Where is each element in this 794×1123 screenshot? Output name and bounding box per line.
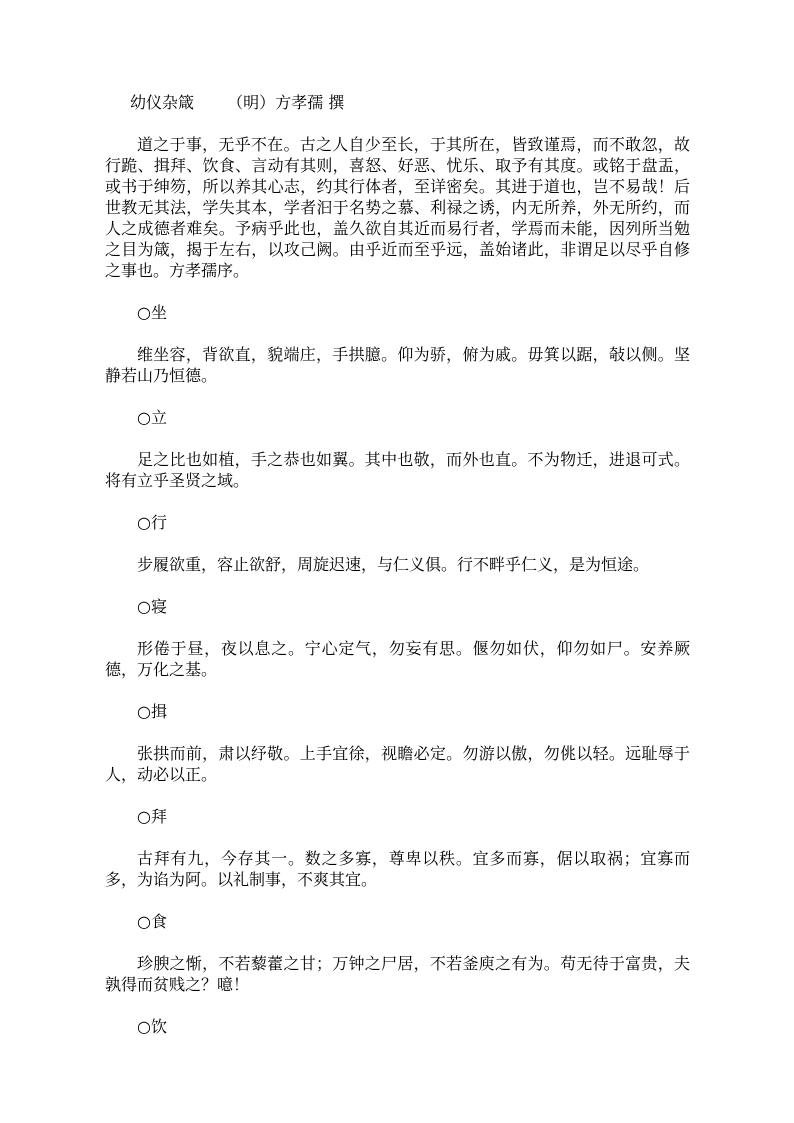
section-body-shi: 珍腴之惭，不若藜藿之甘；万钟之尸居，不若釜庾之有为。苟无待于富贵，夫孰得而贫贱之… — [105, 953, 690, 995]
section-heading-zuo: ○坐 — [105, 302, 690, 323]
section-body-qin: 形倦于昼，夜以息之。宁心定气，勿妄有思。偃勿如伏，仰勿如尸。安养厥德，万化之基。 — [105, 638, 690, 680]
section-heading-li: ○立 — [105, 407, 690, 428]
document-page: 幼仪杂箴 （明）方孝孺 撰 道之于事，无乎不在。古之人自少至长，于其所在，皆致谨… — [0, 0, 794, 1123]
section-body-zuo: 维坐容，背欲直，貌端庄，手拱臆。仰为骄，俯为戚。毋箕以踞，敧以侧。坚静若山乃恒德… — [105, 344, 690, 386]
title-line: 幼仪杂箴 （明）方孝孺 撰 — [105, 92, 690, 113]
section-heading-shi: ○食 — [105, 911, 690, 932]
preface-paragraph: 道之于事，无乎不在。古之人自少至长，于其所在，皆致谨焉，而不敢忽，故行跪、揖拜、… — [105, 134, 690, 281]
document-title: 幼仪杂箴 — [130, 93, 194, 112]
section-heading-bai: ○拜 — [105, 806, 690, 827]
section-body-li: 足之比也如植，手之恭也如翼。其中也敬，而外也直。不为物迁，进退可式。将有立乎圣贤… — [105, 449, 690, 491]
document-author: （明）方孝孺 撰 — [227, 93, 344, 112]
section-body-bai: 古拜有九，今存其一。数之多寡，尊卑以秩。宜多而寡，倨以取祸；宜寡而多，为谄为阿。… — [105, 848, 690, 890]
section-body-yi: 张拱而前，肃以纾敬。上手宜徐，视瞻必定。勿游以傲，勿佻以轻。远耻辱于人，动必以正… — [105, 743, 690, 785]
section-body-xing: 步履欲重，容止欲舒，周旋迟速，与仁义俱。行不畔乎仁义，是为恒途。 — [105, 554, 690, 575]
section-heading-yin: ○饮 — [105, 1016, 690, 1037]
section-heading-yi: ○揖 — [105, 701, 690, 722]
section-heading-xing: ○行 — [105, 512, 690, 533]
section-heading-qin: ○寝 — [105, 596, 690, 617]
